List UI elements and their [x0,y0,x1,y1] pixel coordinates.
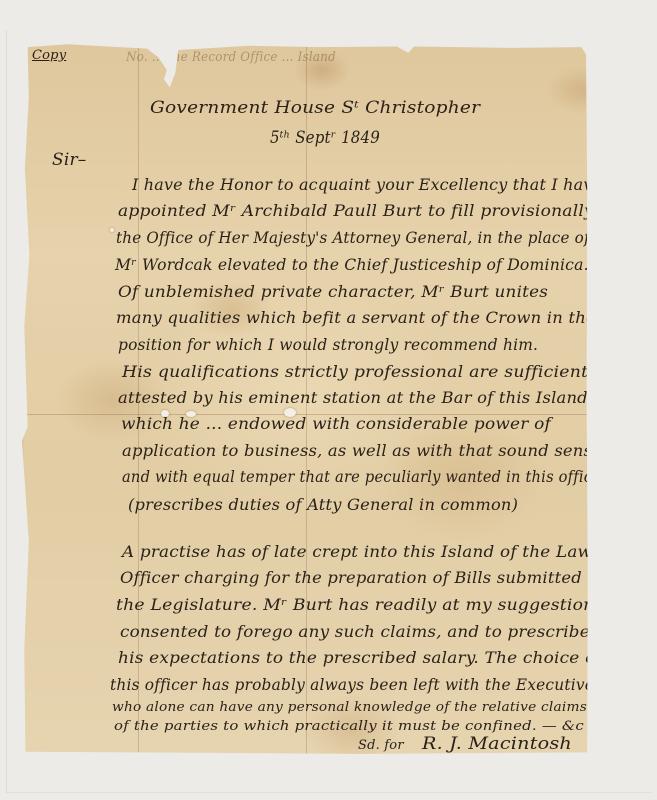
paragraph-2-line: this officer has probably always been le… [110,676,594,694]
paragraph-1-line: His qualifications strictly professional… [122,363,604,381]
salutation: Sir– [52,150,87,170]
paragraph-2-line: Officer charging for the preparation of … [120,569,604,587]
paragraph-2-line: his expectations to the prescribed salar… [118,649,602,667]
paragraph-1-line: which he ... endowed with considerable p… [121,415,551,433]
paragraph-1-line: many qualities which befit a servant of … [116,309,596,327]
paragraph-1-line: I have the Honor to acquaint your Excell… [132,176,602,194]
paragraph-1-line: the Office of Her Majesty's Attorney Gen… [116,229,590,247]
paragraph-1-line: position for which I would strongly reco… [118,336,538,354]
closing: Sd. for [358,738,404,753]
paragraph-1-line: appointed Mʳ Archibald Paull Burt to fil… [118,202,594,220]
paragraph-2-line: A practise has of late crept into this I… [122,543,592,561]
letter-date: 5ᵗʰ Septʳ 1849 [270,128,380,148]
paragraph-2-line: consented to forego any such claims, and… [120,623,590,641]
paragraph-1-annotation: (prescribes duties of Atty General in co… [128,496,518,514]
paragraph-2-line: the Legislature. Mʳ Burt has readily at … [116,596,600,614]
signature: R. J. Macintosh [422,734,572,754]
paragraph-1-line: and with equal temper that are peculiarl… [122,468,606,486]
copy-label: Copy [32,48,66,63]
paragraph-1-line: attested by his eminent station at the B… [118,389,588,407]
paragraph-1-line: Of unblemished private character, Mʳ Bur… [118,283,548,301]
letter-paper: Copy No. ... the Record Office ... Islan… [22,40,590,756]
paper-hole [110,228,114,232]
paragraph-2-line: who alone can have any personal knowledg… [112,700,587,715]
paragraph-1-line: Mʳ Wordcak elevated to the Chief Justice… [115,256,589,274]
letter-place: Government House Sᵗ Christopher [150,98,480,118]
paragraph-2-line: of the parties to which practically it m… [114,719,584,734]
paragraph-1-line: application to business, as well as with… [122,442,602,460]
